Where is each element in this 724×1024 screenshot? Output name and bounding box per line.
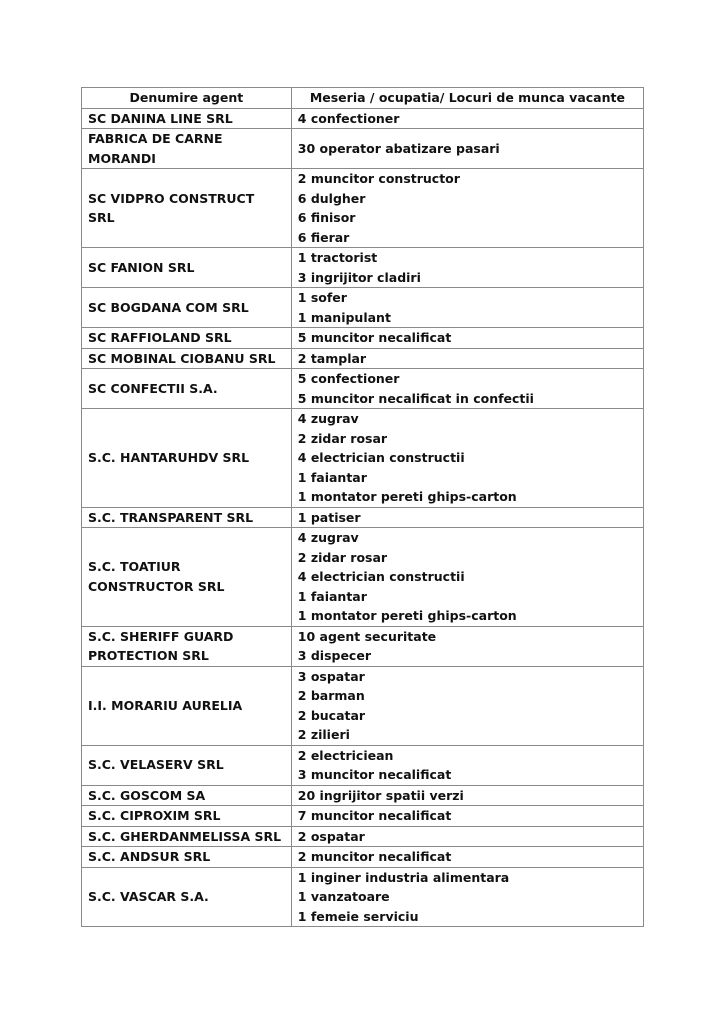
table-row: SC RAFFIOLAND SRL5 muncitor necalificat [82,328,644,349]
job-list: 1 inginer industria alimentara1 vanzatoa… [291,867,643,927]
job-item: 30 operator abatizare pasari [298,139,637,159]
job-item: 5 confectioner [298,369,637,389]
job-item: 1 sofer [298,288,637,308]
job-item: 2 zilieri [298,725,637,745]
job-item: 1 inginer industria alimentara [298,868,637,888]
job-item: 3 muncitor necalificat [298,765,637,785]
job-item: 4 zugrav [298,528,637,548]
job-item: 1 montator pereti ghips-carton [298,487,637,507]
agent-name: SC BOGDANA COM SRL [82,288,292,328]
job-item: 4 electrician constructii [298,448,637,468]
table-header-row: Denumire agent Meseria / ocupatia/ Locur… [82,88,644,109]
table-row: SC CONFECTII S.A.5 confectioner5 muncito… [82,369,644,409]
job-item: 1 femeie serviciu [298,907,637,927]
job-list: 1 sofer1 manipulant [291,288,643,328]
job-list: 1 patiser [291,507,643,528]
job-list: 2 ospatar [291,826,643,847]
job-list: 4 zugrav2 zidar rosar4 electrician const… [291,409,643,508]
table-row: S.C. GOSCOM SA20 ingrijitor spatii verzi [82,785,644,806]
table-row: S.C. CIPROXIM SRL7 muncitor necalificat [82,806,644,827]
document-page: Denumire agent Meseria / ocupatia/ Locur… [0,0,724,1024]
table-row: S.C. HANTARUHDV SRL4 zugrav2 zidar rosar… [82,409,644,508]
job-list: 30 operator abatizare pasari [291,129,643,169]
vacancies-table: Denumire agent Meseria / ocupatia/ Locur… [81,87,644,927]
agent-name: S.C. SHERIFF GUARD PROTECTION SRL [82,626,292,666]
job-item: 3 ospatar [298,667,637,687]
table-row: S.C. TOATIUR CONSTRUCTOR SRL4 zugrav2 zi… [82,528,644,627]
job-item: 5 muncitor necalificat in confectii [298,389,637,409]
table-row: S.C. GHERDANMELISSA SRL2 ospatar [82,826,644,847]
agent-name: FABRICA DE CARNE MORANDI [82,129,292,169]
job-list: 5 confectioner5 muncitor necalificat in … [291,369,643,409]
job-list: 1 tractorist3 ingrijitor cladiri [291,248,643,288]
job-list: 20 ingrijitor spatii verzi [291,785,643,806]
job-list: 2 electriciean3 muncitor necalificat [291,745,643,785]
job-item: 2 zidar rosar [298,548,637,568]
job-item: 1 patiser [298,508,637,528]
job-item: 2 bucatar [298,706,637,726]
agent-name: S.C. VELASERV SRL [82,745,292,785]
agent-name: S.C. TRANSPARENT SRL [82,507,292,528]
table-row: SC VIDPRO CONSTRUCT SRL2 muncitor constr… [82,169,644,248]
agent-name: SC MOBINAL CIOBANU SRL [82,348,292,369]
table-row: SC FANION SRL1 tractorist3 ingrijitor cl… [82,248,644,288]
agent-name: S.C. ANDSUR SRL [82,847,292,868]
job-item: 1 manipulant [298,308,637,328]
table-row: SC MOBINAL CIOBANU SRL2 tamplar [82,348,644,369]
job-item: 2 muncitor necalificat [298,847,637,867]
job-item: 4 confectioner [298,109,637,129]
job-item: 10 agent securitate [298,627,637,647]
agent-name: S.C. CIPROXIM SRL [82,806,292,827]
table-body: SC DANINA LINE SRL4 confectionerFABRICA … [82,108,644,927]
agent-name: SC FANION SRL [82,248,292,288]
agent-name: I.I. MORARIU AURELIA [82,666,292,745]
table-row: SC BOGDANA COM SRL1 sofer1 manipulant [82,288,644,328]
job-item: 2 zidar rosar [298,429,637,449]
job-item: 4 electrician constructii [298,567,637,587]
job-list: 2 muncitor necalificat [291,847,643,868]
job-list: 5 muncitor necalificat [291,328,643,349]
agent-name: S.C. GOSCOM SA [82,785,292,806]
job-list: 4 zugrav2 zidar rosar4 electrician const… [291,528,643,627]
job-item: 2 electriciean [298,746,637,766]
job-list: 2 tamplar [291,348,643,369]
table-row: S.C. ANDSUR SRL2 muncitor necalificat [82,847,644,868]
job-list: 3 ospatar2 barman2 bucatar2 zilieri [291,666,643,745]
table-row: SC DANINA LINE SRL4 confectioner [82,108,644,129]
agent-name: SC DANINA LINE SRL [82,108,292,129]
table-row: I.I. MORARIU AURELIA3 ospatar2 barman2 b… [82,666,644,745]
job-item: 20 ingrijitor spatii verzi [298,786,637,806]
job-item: 7 muncitor necalificat [298,806,637,826]
agent-name: SC CONFECTII S.A. [82,369,292,409]
job-item: 1 faiantar [298,468,637,488]
table-row: FABRICA DE CARNE MORANDI30 operator abat… [82,129,644,169]
agent-name: S.C. GHERDANMELISSA SRL [82,826,292,847]
job-item: 1 faiantar [298,587,637,607]
job-item: 3 ingrijitor cladiri [298,268,637,288]
agent-name: SC RAFFIOLAND SRL [82,328,292,349]
job-item: 5 muncitor necalificat [298,328,637,348]
agent-name: S.C. TOATIUR CONSTRUCTOR SRL [82,528,292,627]
job-list: 7 muncitor necalificat [291,806,643,827]
header-jobs: Meseria / ocupatia/ Locuri de munca vaca… [291,88,643,109]
table-row: S.C. SHERIFF GUARD PROTECTION SRL10 agen… [82,626,644,666]
job-item: 1 tractorist [298,248,637,268]
job-item: 2 tamplar [298,349,637,369]
job-item: 4 zugrav [298,409,637,429]
agent-name: S.C. HANTARUHDV SRL [82,409,292,508]
job-item: 1 montator pereti ghips-carton [298,606,637,626]
agent-name: S.C. VASCAR S.A. [82,867,292,927]
job-list: 2 muncitor constructor6 dulgher6 finisor… [291,169,643,248]
job-item: 6 finisor [298,208,637,228]
job-item: 2 barman [298,686,637,706]
job-item: 1 vanzatoare [298,887,637,907]
job-item: 3 dispecer [298,646,637,666]
table-row: S.C. VELASERV SRL2 electriciean3 muncito… [82,745,644,785]
table-row: S.C. VASCAR S.A.1 inginer industria alim… [82,867,644,927]
job-list: 4 confectioner [291,108,643,129]
header-agent: Denumire agent [82,88,292,109]
job-item: 6 dulgher [298,189,637,209]
job-item: 6 fierar [298,228,637,248]
agent-name: SC VIDPRO CONSTRUCT SRL [82,169,292,248]
job-list: 10 agent securitate3 dispecer [291,626,643,666]
job-item: 2 muncitor constructor [298,169,637,189]
job-item: 2 ospatar [298,827,637,847]
table-row: S.C. TRANSPARENT SRL1 patiser [82,507,644,528]
